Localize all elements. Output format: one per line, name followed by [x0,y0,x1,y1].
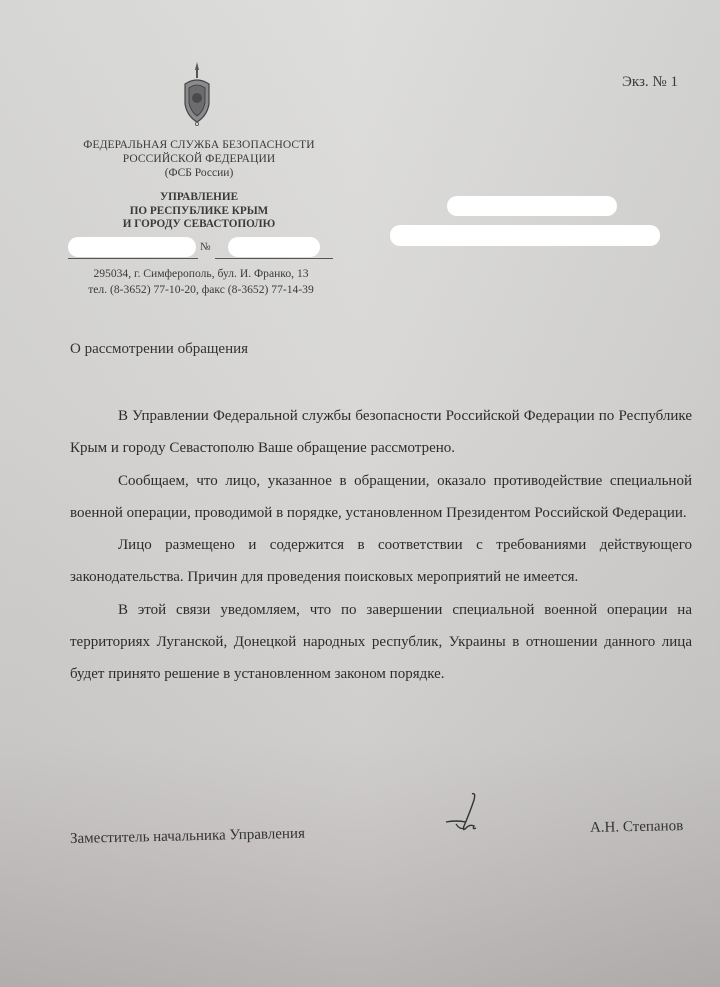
dept-line2: ПО РЕСПУБЛИКЕ КРЫМ [70,205,328,219]
phone-fax-line: тел. (8-3652) 77-10-20, факс (8-3652) 77… [70,282,332,298]
body-paragraph: В этой связи уведомляем, что по завершен… [70,594,692,691]
copy-number: Экз. № 1 [622,74,678,91]
org-name-line2: РОССИЙСКОЙ ФЕДЕРАЦИИ [70,152,328,166]
signatory-title: Заместитель начальника Управления [70,826,305,848]
redaction-reg-number [228,237,320,257]
scanned-letter-page: ФЕДЕРАЛЬНАЯ СЛУЖБА БЕЗОПАСНОСТИ РОССИЙСК… [0,0,720,987]
org-short-name: (ФСБ России) [70,166,328,180]
redaction-recipient-address [390,225,660,246]
body-paragraph: В Управлении Федеральной службы безопасн… [70,400,692,465]
address-line: 295034, г. Симферополь, бул. И. Франко, … [70,266,332,282]
org-name-line1: ФЕДЕРАЛЬНАЯ СЛУЖБА БЕЗОПАСНОСТИ [70,138,328,152]
redaction-recipient-name [447,196,617,216]
body-paragraph: Сообщаем, что лицо, указанное в обращени… [70,465,692,530]
fsb-emblem-icon [180,60,214,128]
letter-subject: О рассмотрении обращения [70,341,248,358]
number-sign: № [200,241,211,253]
dept-line3: И ГОРОДУ СЕВАСТОПОЛЮ [70,218,328,232]
reg-number-underline [215,258,333,259]
dept-line1: УПРАВЛЕНИЕ [70,191,328,205]
date-underline [68,258,198,259]
signatory-name: А.Н. Степанов [590,818,684,837]
body-paragraph: Лицо размещено и содержится в соответств… [70,529,692,594]
handwritten-signature-icon [442,790,488,838]
redaction-date [68,237,196,257]
letterhead-address: 295034, г. Симферополь, бул. И. Франко, … [70,266,332,297]
letterhead: ФЕДЕРАЛЬНАЯ СЛУЖБА БЕЗОПАСНОСТИ РОССИЙСК… [70,138,328,232]
letter-body: В Управлении Федеральной службы безопасн… [70,400,692,691]
